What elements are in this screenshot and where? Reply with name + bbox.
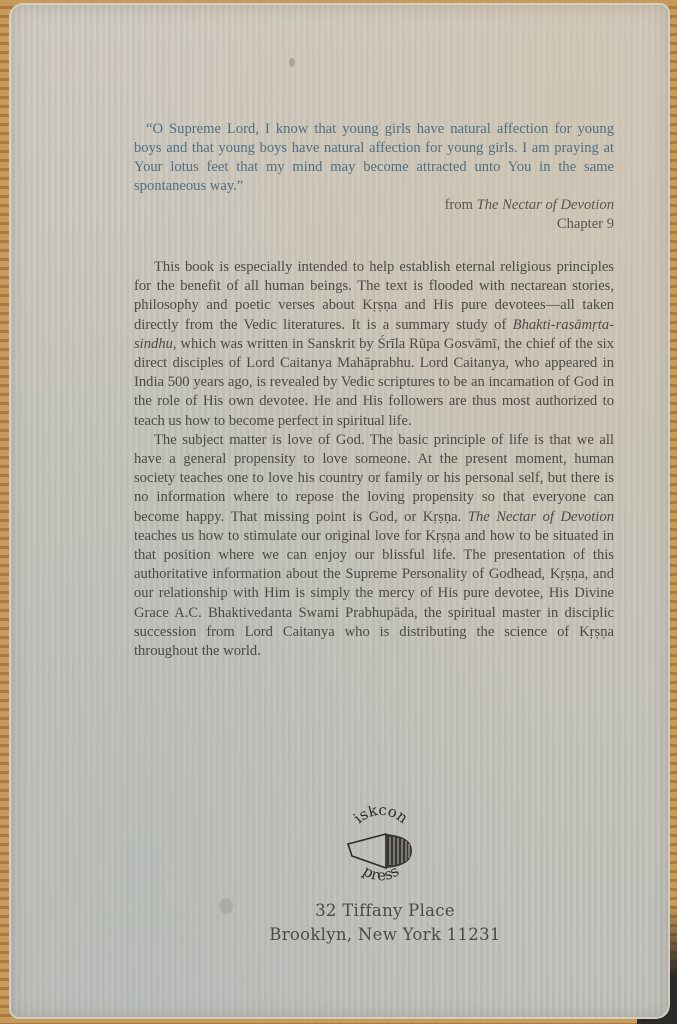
conch-shell-icon: iskcon press [338,806,424,890]
book-description: This book is especially intended to help… [134,258,614,661]
paragraph-text: , which was written in Sanskrit by Śrīla… [134,336,614,429]
attribution-prefix: from [445,197,473,213]
svg-text:iskcon: iskcon [350,806,412,827]
paper-stain [289,58,295,67]
quote-text: “O Supreme Lord, I know that young girls… [134,120,614,196]
description-paragraph-2: The subject matter is love of God. The b… [134,431,614,661]
publisher-address-line-2: Brooklyn, New York 11231 [200,925,570,944]
attribution-chapter: Chapter 9 [134,215,614,234]
epigraph-quote: “O Supreme Lord, I know that young girls… [134,120,614,234]
publisher-address-line-1: 32 Tiffany Place [200,901,570,920]
description-paragraph-1: This book is especially intended to help… [134,258,614,431]
quote-attribution: from The Nectar of Devotion [134,196,614,215]
italic-title: The Nectar of Devotion [468,509,614,525]
paragraph-text: teaches us how to stimulate our original… [134,528,614,659]
attribution-book-title: The Nectar of Devotion [477,197,614,213]
iskcon-press-logo: iskcon press [338,806,424,890]
